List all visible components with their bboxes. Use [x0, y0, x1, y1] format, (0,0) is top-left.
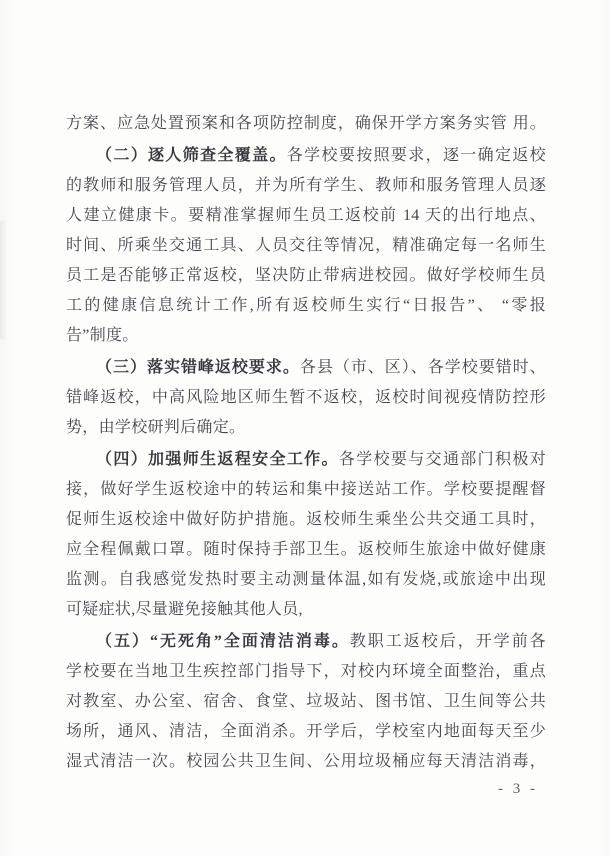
body-text: 监测。自我感觉发热时要主动测量体温,如有发烧,或旅途中出现 [66, 571, 546, 588]
body-text: 人建立健康卡。要精准掌握师生员工返校前 14 天的出行地点、 [66, 207, 546, 224]
paragraph: （三）落实错峰返校要求。各县（市、区）、各学校要错时、错峰返校，中高风险地区师生… [66, 353, 546, 443]
text-line: 场所，通风、清洁，全面消杀。开学后，学校室内地面每天至少 [66, 717, 546, 747]
section-heading: （五）“无死角”全面清洁消毒。 [96, 633, 350, 650]
body-text: 教职工返校后，开学前各 [350, 633, 546, 650]
text-line: 促师生返校途中做好防护措施。返校师生乘坐公共交通工具时， [66, 505, 546, 535]
text-line: 方案、应急处置预案和各项防控制度，确保开学方案务实管 用。 [66, 109, 546, 139]
text-line: 的教师和服务管理人员，并为所有学生、教师和服务管理人员逐 [66, 171, 546, 201]
text-line: 湿式清洁一次。校园公共卫生间、公用垃圾桶应每天清洁消毒， [66, 747, 546, 777]
text-line: （五）“无死角”全面清洁消毒。教职工返校后，开学前各 [66, 627, 546, 657]
body-text: 员工是否能够正常返校，坚决防止带病进校园。做好学校师生员 [66, 267, 546, 284]
body-text: 场所，通风、清洁，全面消杀。开学后，学校室内地面每天至少 [66, 723, 546, 740]
body-text: 错峰返校，中高风险地区师生暂不返校，返校时间视疫情防控形 [66, 389, 546, 406]
text-line: 监测。自我感觉发热时要主动测量体温,如有发烧,或旅途中出现 [66, 565, 546, 595]
body-text: 湿式清洁一次。校园公共卫生间、公用垃圾桶应每天清洁消毒， [66, 753, 546, 770]
body-text: 各学校要按照要求，逐一确定返校 [287, 147, 546, 164]
body-text: 应全程佩戴口罩。随时保持手部卫生。返校师生旅途中做好健康 [66, 541, 546, 558]
page-number: - 3 - [498, 778, 538, 800]
scan-artifact [0, 220, 7, 340]
body-text: 的教师和服务管理人员，并为所有学生、教师和服务管理人员逐 [66, 177, 546, 194]
text-line: 错峰返校，中高风险地区师生暂不返校，返校时间视疫情防控形 [66, 383, 546, 413]
text-line: 学校要在当地卫生疾控部门指导下，对校内环境全面整治，重点 [66, 657, 546, 687]
text-line: 势，由学校研判后确定。 [66, 413, 546, 443]
text-line: 接，做好学生返校途中的转运和集中接送站工作。学校要提醒督 [66, 475, 546, 505]
body-text: 时间、所乘坐交通工具、人员交往等情况，精准确定每一名师生 [66, 237, 546, 254]
text-line: 可疑症状,尽量避免接触其他人员, [66, 595, 546, 625]
text-line: 应全程佩戴口罩。随时保持手部卫生。返校师生旅途中做好健康 [66, 535, 546, 565]
body-text: 接，做好学生返校途中的转运和集中接送站工作。学校要提醒督 [66, 481, 546, 498]
text-line: （四）加强师生返程安全工作。各学校要与交通部门积极对 [66, 445, 546, 475]
body-text: 促师生返校途中做好防护措施。返校师生乘坐公共交通工具时， [66, 511, 546, 528]
body-text: 势，由学校研判后确定。 [66, 419, 245, 436]
body-text: 工的健康信息统计工作,所有返校师生实行“日报告”、 “零报 [66, 297, 546, 314]
section-heading: （三）落实错峰返校要求。 [96, 359, 300, 376]
text-line: （三）落实错峰返校要求。各县（市、区）、各学校要错时、 [66, 353, 546, 383]
document-body: 方案、应急处置预案和各项防控制度，确保开学方案务实管 用。（二）逐人筛查全覆盖。… [66, 109, 546, 777]
paragraph: （四）加强师生返程安全工作。各学校要与交通部门积极对接，做好学生返校途中的转运和… [66, 445, 546, 625]
paragraph: 方案、应急处置预案和各项防控制度，确保开学方案务实管 用。 [66, 109, 546, 139]
body-text: 方案、应急处置预案和各项防控制度，确保开学方案务实管 用。 [66, 115, 546, 132]
body-text: 告”制度。 [66, 327, 139, 344]
text-line: 对教室、办公室、宿舍、食堂、垃圾站、图书馆、卫生间等公共 [66, 687, 546, 717]
text-line: 人建立健康卡。要精准掌握师生员工返校前 14 天的出行地点、 [66, 201, 546, 231]
body-text: 各学校要与交通部门积极对 [339, 451, 546, 468]
text-line: 工的健康信息统计工作,所有返校师生实行“日报告”、 “零报 [66, 291, 546, 321]
paragraph: （二）逐人筛查全覆盖。各学校要按照要求，逐一确定返校的教师和服务管理人员，并为所… [66, 141, 546, 351]
section-heading: （四）加强师生返程安全工作。 [96, 451, 339, 468]
document-page: 方案、应急处置预案和各项防控制度，确保开学方案务实管 用。（二）逐人筛查全覆盖。… [0, 0, 610, 856]
paragraph: （五）“无死角”全面清洁消毒。教职工返校后，开学前各学校要在当地卫生疾控部门指导… [66, 627, 546, 777]
text-line: 时间、所乘坐交通工具、人员交往等情况，精准确定每一名师生 [66, 231, 546, 261]
body-text: 对教室、办公室、宿舍、食堂、垃圾站、图书馆、卫生间等公共 [66, 693, 546, 710]
body-text: 各县（市、区）、各学校要错时、 [300, 359, 546, 376]
body-text: 学校要在当地卫生疾控部门指导下，对校内环境全面整治，重点 [66, 663, 546, 680]
text-line: 员工是否能够正常返校，坚决防止带病进校园。做好学校师生员 [66, 261, 546, 291]
text-line: （二）逐人筛查全覆盖。各学校要按照要求，逐一确定返校 [66, 141, 546, 171]
text-line: 告”制度。 [66, 321, 546, 351]
section-heading: （二）逐人筛查全覆盖。 [96, 147, 287, 164]
body-text: 可疑症状,尽量避免接触其他人员, [66, 601, 303, 618]
